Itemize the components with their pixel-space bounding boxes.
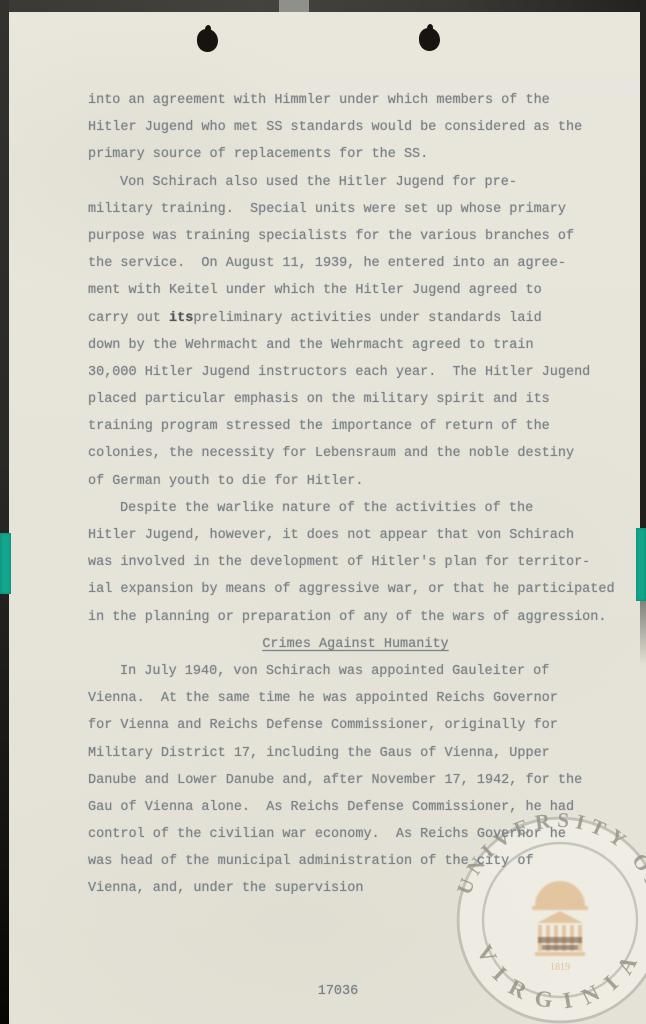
text-line: carry out itspreliminary activities unde… [88,311,623,338]
seal-year: 1819 [550,962,570,973]
text-line: Hitler Jugend who met SS standards would… [88,120,623,147]
text-line: primary source of replacements for the S… [88,147,623,174]
text-line: training program stressed the importance… [88,419,623,446]
text-line: for Vienna and Reichs Defense Commission… [88,718,623,745]
text-line: 30,000 Hitler Jugend instructors each ye… [88,365,623,392]
text-line: Gau of Vienna alone. As Reichs Defense C… [88,800,623,827]
binder-tab [279,0,309,12]
text-line: down by the Wehrmacht and the Wehrmacht … [88,338,623,365]
text-line: Vienna, and, under the supervision [88,881,623,908]
text-line: Military District 17, including the Gaus… [88,746,623,773]
text-line: was head of the municipal administration… [88,854,623,881]
text-line: control of the civilian war economy. As … [88,827,623,854]
text-line: Vienna. At the same time he was appointe… [88,691,623,718]
text-line: the service. On August 11, 1939, he ente… [88,256,623,283]
text-line: Von Schirach also used the Hitler Jugend… [88,175,623,202]
teal-stripe-right [636,528,646,601]
text-line: ial expansion by means of aggressive war… [88,582,623,609]
text-line: Despite the warlike nature of the activi… [88,501,623,528]
text-line: of German youth to die for Hitler. [88,474,623,501]
scanner-edge-left [0,0,9,1024]
text-line: military training. Special units were se… [88,202,623,229]
text-line: colonies, the necessity for Lebensraum a… [88,446,623,473]
text-line: In July 1940, von Schirach was appointed… [88,664,623,691]
text-line: Hitler Jugend, however, it does not appe… [88,528,623,555]
text-line: into an agreement with Himmler under whi… [88,93,623,120]
text-line: in the planning or preparation of any of… [88,610,623,637]
page-number: 17036 [88,984,588,999]
teal-stripe-left [0,533,11,594]
text-line: ment with Keitel under which the Hitler … [88,283,623,310]
scanner-edge-top [0,0,646,12]
text-line: Danube and Lower Danube and, after Novem… [88,773,623,800]
text-line: purpose was training specialists for the… [88,229,623,256]
hole-punch-right [419,28,440,51]
text-line: placed particular emphasis on the milita… [88,392,623,419]
section-heading: Crimes Against Humanity [88,637,623,664]
text-line: was involved in the development of Hitle… [88,555,623,582]
hole-punch-left [197,29,218,52]
text-body: into an agreement with Himmler under whi… [88,93,623,909]
